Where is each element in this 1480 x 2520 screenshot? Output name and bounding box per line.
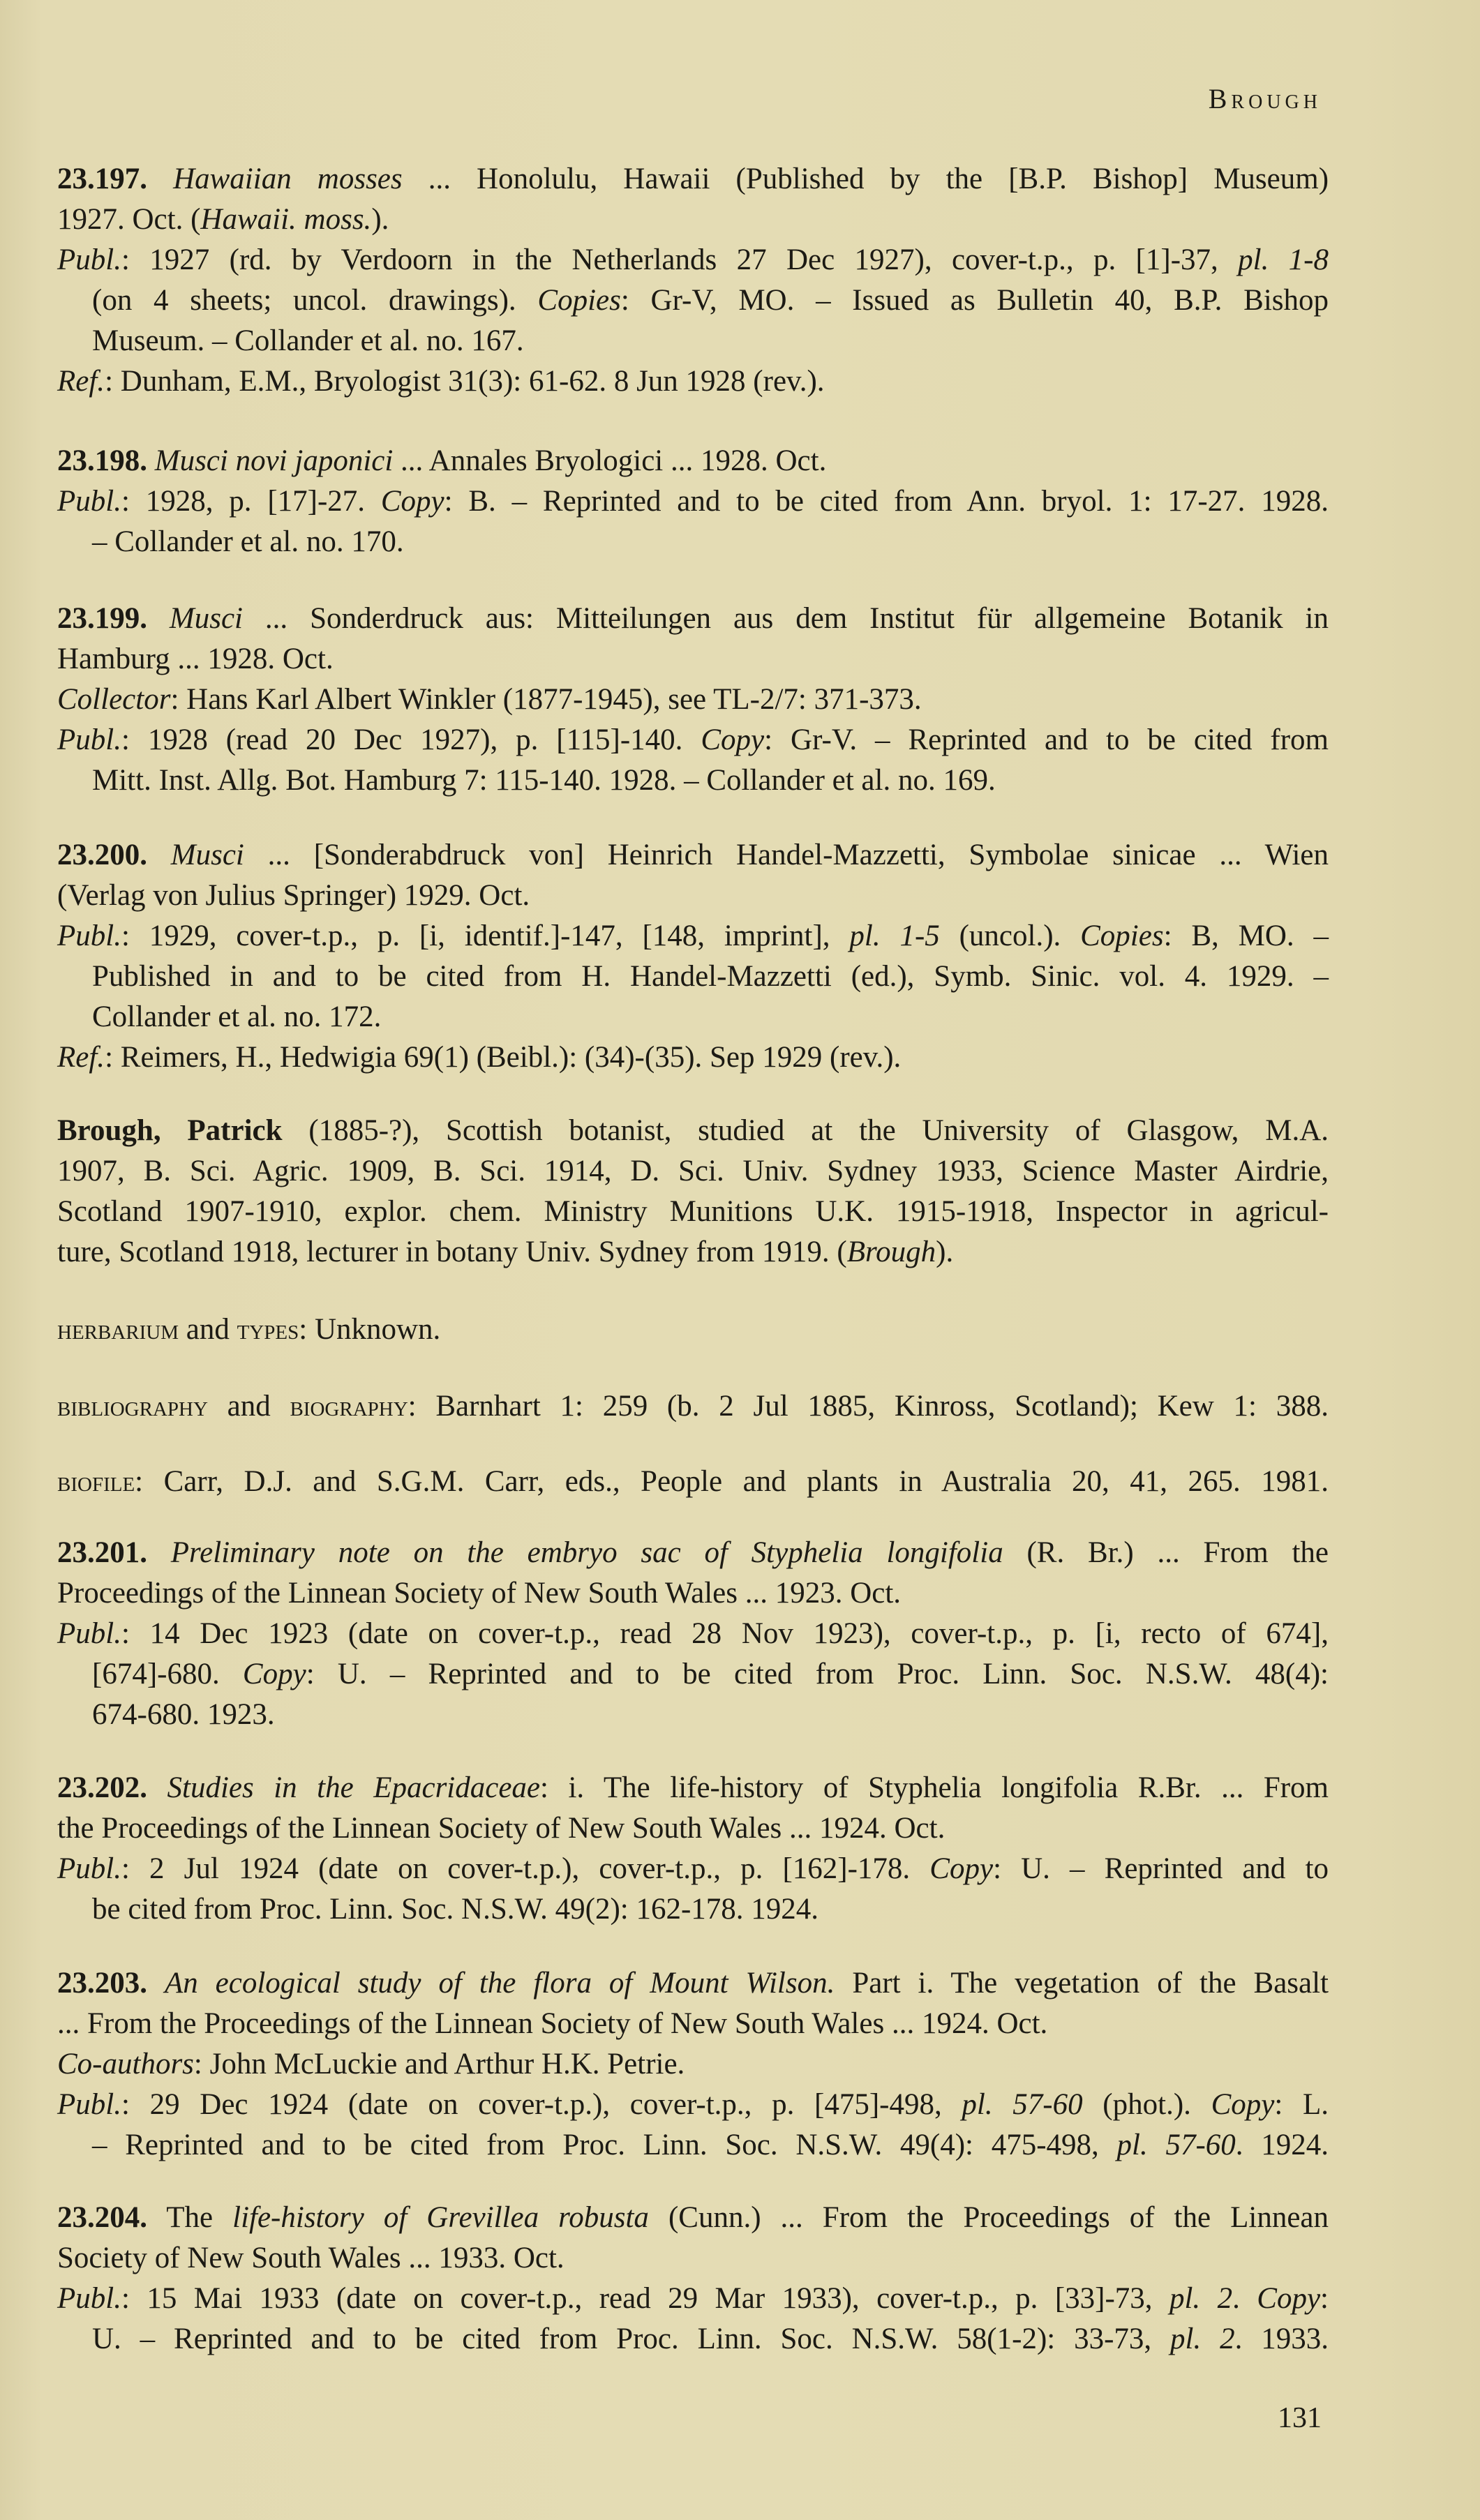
page-number: 131 — [1278, 2401, 1322, 2435]
entry-23-199: 23.199. Musci ... Sonderdruck aus: Mitte… — [57, 599, 1329, 801]
entry-line: – Collander et al. no. 170. — [57, 522, 1329, 562]
entry-line: 23.204. The life-history of Grevillea ro… — [57, 2198, 1329, 2238]
italic-text: Publ. — [57, 723, 121, 756]
text: : Dunham, E.M., Bryologist 31(3): 61-62.… — [105, 365, 825, 398]
entry-line: 23.198. Musci novi japonici ... Annales … — [57, 441, 1329, 481]
entry-line: Publ.: 1928 (read 20 Dec 1927), p. [115]… — [57, 720, 1329, 760]
entry-23-197: 23.197. Hawaiian mosses ... Honolulu, Ha… — [57, 159, 1329, 402]
text: (Cunn.) ... From the Proceedings of the … — [649, 2201, 1329, 2234]
author-line-2: 1907, B. Sci. Agric. 1909, B. Sci. 1914,… — [57, 1151, 1329, 1192]
text: ... Honolulu, Hawaii (Published by the [… — [403, 163, 1329, 195]
entry-line: Publ.: 14 Dec 1923 (date on cover-t.p., … — [57, 1614, 1329, 1654]
text: : 1929, cover-t.p., p. [i, identif.]-147… — [121, 920, 849, 952]
text: The — [166, 2201, 232, 2234]
herbarium-line: herbarium and types: Unknown. — [57, 1309, 1329, 1350]
entry-23-200: 23.200. Musci ... [Sonderabdruck von] He… — [57, 835, 1329, 1078]
entry-line: Proceedings of the Linnean Society of Ne… — [57, 1573, 1329, 1614]
italic-text: Musci — [170, 602, 243, 635]
entry-line: Co-authors: John McLuckie and Arthur H.K… — [57, 2044, 1329, 2085]
text: ... From the Proceedings of the Linnean … — [57, 2007, 1047, 2040]
italic-text: An ecological study of the flora of Moun… — [165, 1967, 835, 2000]
italic-text: Copy — [1211, 2088, 1275, 2121]
entry-line: 674-680. 1923. — [57, 1695, 1329, 1735]
italic-text: Hawaii. moss. — [200, 203, 371, 236]
entry-line: Museum. – Collander et al. no. 167. — [57, 321, 1329, 361]
italic-text: Copies — [537, 284, 620, 317]
italic-text: Co-authors — [57, 2048, 194, 2080]
italic-text: life-history of Grevillea robusta — [232, 2201, 649, 2234]
text: Museum. – Collander et al. no. 167. — [92, 324, 524, 357]
text: 674-680. 1923. — [92, 1698, 275, 1731]
text: Part i. The vegetation of the Basalt — [835, 1967, 1329, 2000]
bibliography-label: bibliography — [57, 1390, 208, 1422]
italic-text: Collector — [57, 683, 170, 716]
entry-line: (on 4 sheets; uncol. drawings). Copies: … — [57, 280, 1329, 321]
italic-text: pl. 1-5 — [849, 920, 939, 952]
text: : 1928 (read 20 Dec 1927), p. [115]-140. — [121, 723, 701, 756]
author-line-3: Scotland 1907-1910, explor. chem. Minist… — [57, 1192, 1329, 1232]
biofile-line: biofile: Carr, D.J. and S.G.M. Carr, eds… — [57, 1461, 1329, 1502]
entry-number: 23.199. — [57, 602, 147, 635]
entry-line: [674]-680. Copy: U. – Reprinted and to b… — [57, 1654, 1329, 1695]
entry-line: Hamburg ... 1928. Oct. — [57, 639, 1329, 680]
text: (on 4 sheets; uncol. drawings). — [92, 284, 537, 317]
text: be cited from Proc. Linn. Soc. N.S.W. 49… — [92, 1893, 819, 1926]
entry-23-204: 23.204. The life-history of Grevillea ro… — [57, 2198, 1329, 2360]
text: : Gr-V, MO. – Issued as Bulletin 40, B.P… — [621, 284, 1329, 317]
herbarium-label: herbarium — [57, 1313, 179, 1345]
italic-text: pl. 1-8 — [1238, 243, 1329, 276]
italic-text: Copy — [701, 723, 764, 756]
italic-text: Musci — [171, 839, 244, 871]
italic-text: pl. 57-60 — [962, 2088, 1082, 2121]
entry-line: Published in and to be cited from H. Han… — [57, 957, 1329, 997]
text: : B. – Reprinted and to be cited from An… — [444, 485, 1329, 518]
entry-line: Mitt. Inst. Allg. Bot. Hamburg 7: 115-14… — [57, 760, 1329, 801]
entry-number: 23.200. — [57, 839, 147, 871]
running-head: Brough — [1209, 82, 1322, 115]
text: : John McLuckie and Arthur H.K. Petrie. — [194, 2048, 685, 2080]
text: . 1924. — [1236, 2129, 1329, 2161]
text: (Verlag von Julius Springer) 1929. Oct. — [57, 879, 530, 912]
text: ). — [371, 203, 389, 236]
text: [674]-680. — [92, 1658, 243, 1690]
author-line-4: ture, Scotland 1918, lecturer in botany … — [57, 1232, 1329, 1273]
entry-line: U. – Reprinted and to be cited from Proc… — [57, 2319, 1329, 2360]
bibliography-section: bibliography and biography: Barnhart 1: … — [57, 1386, 1329, 1427]
author-biography: Brough, Patrick (1885-?), Scottish botan… — [57, 1111, 1329, 1273]
entry-line: – Reprinted and to be cited from Proc. L… — [57, 2125, 1329, 2166]
entry-number: 23.204. — [57, 2201, 147, 2234]
entry-line: Publ.: 1929, cover-t.p., p. [i, identif.… — [57, 916, 1329, 957]
text: Society of New South Wales ... 1933. Oct… — [57, 2242, 565, 2274]
text: 1927. Oct. ( — [57, 203, 200, 236]
entry-line: Society of New South Wales ... 1933. Oct… — [57, 2238, 1329, 2279]
entry-number: 23.198. — [57, 444, 147, 477]
text: . — [1232, 2282, 1257, 2315]
text: (uncol.). — [940, 920, 1080, 952]
entry-line: 23.201. Preliminary note on the embryo s… — [57, 1533, 1329, 1573]
entry-line: Collander et al. no. 172. — [57, 997, 1329, 1037]
text: : L. — [1274, 2088, 1329, 2121]
bibliography-line: bibliography and biography: Barnhart 1: … — [57, 1386, 1329, 1427]
text: – Reprinted and to be cited from Proc. L… — [92, 2129, 1117, 2161]
text: (R. Br.) ... From the — [1003, 1536, 1329, 1569]
entry-line: the Proceedings of the Linnean Society o… — [57, 1808, 1329, 1849]
entry-line: Ref.: Dunham, E.M., Bryologist 31(3): 61… — [57, 361, 1329, 402]
text: – Collander et al. no. 170. — [92, 525, 404, 558]
entry-line: 23.200. Musci ... [Sonderabdruck von] He… — [57, 835, 1329, 876]
italic-text: pl. 2 — [1169, 2282, 1232, 2315]
entry-line: Collector: Hans Karl Albert Winkler (187… — [57, 680, 1329, 720]
text: : B, MO. – — [1164, 920, 1329, 952]
entry-line: Publ.: 29 Dec 1924 (date on cover-t.p.),… — [57, 2085, 1329, 2125]
text: : 29 Dec 1924 (date on cover-t.p.), cove… — [121, 2088, 962, 2121]
entry-line: Publ.: 2 Jul 1924 (date on cover-t.p.), … — [57, 1849, 1329, 1889]
text: Collander et al. no. 172. — [92, 1000, 381, 1033]
text: Mitt. Inst. Allg. Bot. Hamburg 7: 115-14… — [92, 764, 996, 797]
italic-text: Copy — [381, 485, 444, 518]
italic-text: Publ. — [57, 243, 121, 276]
text: : Reimers, H., Hedwigia 69(1) (Beibl.): … — [105, 1041, 901, 1074]
entry-number: 23.197. — [57, 163, 147, 195]
text: : 2 Jul 1924 (date on cover-t.p.), cover… — [121, 1852, 929, 1885]
text: : Gr-V. – Reprinted and to be cited from — [764, 723, 1329, 756]
text: Hamburg ... 1928. Oct. — [57, 643, 334, 675]
italic-text: pl. 57-60 — [1117, 2129, 1236, 2161]
entry-line: 23.202. Studies in the Epacridaceae: i. … — [57, 1768, 1329, 1808]
biofile-label: biofile — [57, 1465, 135, 1497]
entry-line: Publ.: 15 Mai 1933 (date on cover-t.p., … — [57, 2279, 1329, 2319]
italic-text: Publ. — [57, 2088, 121, 2121]
entry-number: 23.202. — [57, 1771, 147, 1804]
entry-line: Ref.: Reimers, H., Hedwigia 69(1) (Beibl… — [57, 1037, 1329, 1078]
italic-text: Copies — [1080, 920, 1163, 952]
entry-line: 23.197. Hawaiian mosses ... Honolulu, Ha… — [57, 159, 1329, 200]
italic-text: Hawaiian mosses — [173, 163, 403, 195]
entry-line: 23.199. Musci ... Sonderdruck aus: Mitte… — [57, 599, 1329, 639]
text: : Hans Karl Albert Winkler (1877-1945), … — [170, 683, 921, 716]
italic-text: Copy — [929, 1852, 993, 1885]
italic-text: Publ. — [57, 1617, 121, 1650]
text: ... Sonderdruck aus: Mitteilungen aus de… — [243, 602, 1329, 635]
text: ... Annales Bryologici ... 1928. Oct. — [393, 444, 826, 477]
text: : 1927 (rd. by Verdoorn in the Netherlan… — [121, 243, 1238, 276]
italic-text: Publ. — [57, 2282, 121, 2315]
entry-number: 23.203. — [57, 1967, 147, 2000]
italic-text: Ref. — [57, 365, 105, 398]
biofile-section: biofile: Carr, D.J. and S.G.M. Carr, eds… — [57, 1461, 1329, 1502]
author-name: Brough, Patrick — [57, 1114, 283, 1147]
types-label: types — [237, 1313, 299, 1345]
text: Proceedings of the Linnean Society of Ne… — [57, 1577, 901, 1610]
text: : U. – Reprinted and to be cited from Pr… — [306, 1658, 1329, 1690]
italic-text: Copy — [243, 1658, 306, 1690]
entry-line: 1927. Oct. (Hawaii. moss.). — [57, 200, 1329, 240]
entry-line: ... From the Proceedings of the Linnean … — [57, 2004, 1329, 2044]
entry-line: (Verlag von Julius Springer) 1929. Oct. — [57, 876, 1329, 916]
text: Published in and to be cited from H. Han… — [92, 960, 1329, 993]
entry-23-202: 23.202. Studies in the Epacridaceae: i. … — [57, 1768, 1329, 1930]
italic-text: pl. 2 — [1170, 2323, 1235, 2355]
italic-text: Publ. — [57, 920, 121, 952]
entry-23-198: 23.198. Musci novi japonici ... Annales … — [57, 441, 1329, 562]
text: : U. – Reprinted and to — [993, 1852, 1329, 1885]
text: . 1933. — [1235, 2323, 1329, 2355]
entry-line: Publ.: 1927 (rd. by Verdoorn in the Neth… — [57, 240, 1329, 280]
italic-text: Publ. — [57, 1852, 121, 1885]
italic-text: Copy — [1257, 2282, 1320, 2315]
entry-23-201: 23.201. Preliminary note on the embryo s… — [57, 1533, 1329, 1735]
entry-line: be cited from Proc. Linn. Soc. N.S.W. 49… — [57, 1889, 1329, 1930]
italic-text: Publ. — [57, 485, 121, 518]
text: ... [Sonderabdruck von] Heinrich Handel-… — [244, 839, 1329, 871]
text: : 15 Mai 1933 (date on cover-t.p., read … — [121, 2282, 1169, 2315]
entry-23-203: 23.203. An ecological study of the flora… — [57, 1963, 1329, 2166]
text: the Proceedings of the Linnean Society o… — [57, 1812, 945, 1845]
text: U. – Reprinted and to be cited from Proc… — [92, 2323, 1170, 2355]
entry-line: 23.203. An ecological study of the flora… — [57, 1963, 1329, 2004]
text: : — [1320, 2282, 1329, 2315]
text: : 1928, p. [17]-27. — [121, 485, 381, 518]
entry-number: 23.201. — [57, 1536, 147, 1569]
biography-label: biography — [290, 1390, 408, 1422]
entry-line: Publ.: 1928, p. [17]-27. Copy: B. – Repr… — [57, 481, 1329, 522]
herbarium-section: herbarium and types: Unknown. — [57, 1309, 1329, 1350]
text: (phot.). — [1083, 2088, 1211, 2121]
text: : i. The life-history of Styphelia longi… — [540, 1771, 1329, 1804]
text: : 14 Dec 1923 (date on cover-t.p., read … — [121, 1617, 1329, 1650]
italic-text: Studies in the Epacridaceae — [167, 1771, 541, 1804]
italic-text: Ref. — [57, 1041, 105, 1074]
italic-text: Preliminary note on the embryo sac of St… — [171, 1536, 1003, 1569]
author-abbrev: Brough — [847, 1236, 936, 1268]
italic-text: Musci novi japonici — [155, 444, 394, 477]
author-line-1: Brough, Patrick (1885-?), Scottish botan… — [57, 1111, 1329, 1151]
